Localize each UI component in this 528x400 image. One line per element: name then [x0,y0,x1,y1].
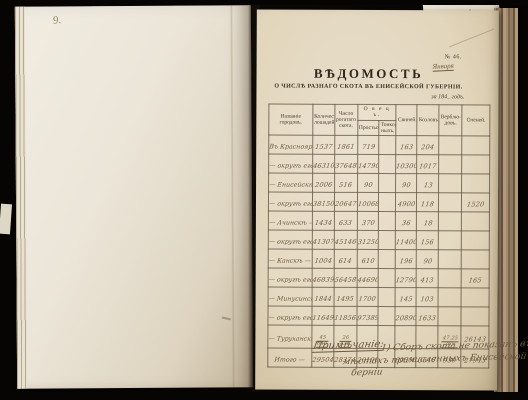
table-cell: 118 [417,193,439,212]
table-row: — Минусинскѣ —184414951700145103 [268,287,489,307]
document-number: № 46. [445,54,462,60]
table-cell: 13 [417,174,439,193]
document-title: ВѢДОМОСТЬ [257,65,481,82]
note-word: Примѣчаніе: [312,339,385,353]
page-crease [230,5,235,387]
year-line: за 184_ годъ. [256,93,464,100]
table-cell: 516 [334,174,357,193]
row-label: — округѣ его — [268,230,312,249]
table-cell: 56458 [334,269,357,288]
note-line: берніи [350,367,383,378]
table-cell: 370 [357,212,379,231]
table-cell: 46310 [312,154,334,173]
table-cell: 165 [461,269,489,288]
table-cell [439,136,462,155]
table-cell [438,288,461,307]
row-label: — Минусинскѣ — [268,287,312,306]
table-cell: 44690 [357,269,379,288]
paper-sliver [0,204,12,235]
table-cell [462,212,490,231]
header-camels: Верблю- довъ. [439,105,462,136]
table-row: Въ Красноярскѣ —15371861719163204 [269,135,490,155]
table-cell: 719 [357,136,379,155]
table-cell [379,250,396,269]
table-row: — округѣ его —41307451463125011400156 [268,230,489,250]
table-cell [379,174,396,193]
livestock-table: Названіе городовъ. Количество лошадей. Ч… [267,104,490,369]
table-cell [461,288,489,307]
table-cell: 1520 [462,193,490,212]
pencil-tick [222,317,231,321]
table-row: — Канскѣ —100461461019690 [268,249,489,269]
table-cell [379,231,396,250]
table-cell [462,174,490,193]
header-sheep-fine: Тонкорун. ныхъ. [379,120,396,136]
row-label: Итого — [268,348,312,367]
table-cell: 18 [417,212,439,231]
row-label: — округѣ его — [268,268,312,287]
pencil-mark: 9. [52,14,62,27]
table-cell: 1537 [312,135,334,154]
table-cell: 1434 [312,211,334,230]
header-cattle: Число рогатаго скота. [334,104,357,135]
table-cell: 413 [417,269,439,288]
table-cell [439,231,462,250]
table-cell: 1633 [416,307,438,326]
table-cell [462,231,490,250]
header-deer: Оленей. [462,105,490,136]
table-cell: 610 [357,250,379,269]
row-label: — Енисейскѣ — [269,173,313,192]
table-cell [379,136,396,155]
row-label: Въ Красноярскѣ — [269,135,313,154]
page-edge-lines [15,7,27,389]
header-goats: Козловъ. [417,105,439,136]
table-cell: 90 [357,174,379,193]
table-cell: 1844 [312,287,334,306]
table-cell: 45146 [334,231,357,250]
table-body: Въ Красноярскѣ —15371861719163204— округ… [268,135,490,368]
row-label: — Канскѣ — [268,249,312,268]
table-cell [379,155,396,174]
row-label: — округѣ его — [268,306,312,325]
table-cell: 118565 [334,307,357,326]
table-cell: 10068 [357,193,379,212]
table-cell: 46839 [312,268,334,287]
document-subtitle: О ЧИСЛѢ РАЗНАГО СКОТА ВЪ ЕНИСЕЙСКОЙ ГУБЕ… [256,83,480,90]
header-sheep-plain: Простыхъ. [357,120,379,136]
table-cell: 156 [417,231,439,250]
table-row: — округѣ его —46839564584469012790413165 [268,268,489,288]
table-cell: 1700 [357,288,379,307]
photo-of-archival-book: 9. 44. 147 № 46. Января ВѢДОМОСТЬ О ЧИСЛ… [0,0,528,400]
backdrop-edge [0,0,528,5]
table-cell: 97389 [357,307,379,326]
row-label: — округѣ его — [269,154,313,173]
table-cell: 1004 [312,249,334,268]
table-cell: 31250 [357,231,379,250]
table-cell [379,212,396,231]
table-cell: 633 [334,212,357,231]
table-cell [439,174,462,193]
table-cell: 103 [417,288,439,307]
table-cell [379,269,396,288]
header-sheep-group: О в е ц ъ. [357,104,396,120]
table-row: — Енисейскѣ —2006516909013 [269,173,490,193]
table-cell [379,288,396,307]
table-cell: 20647 [334,193,357,212]
table-header: Названіе городовъ. Количество лошадей. Ч… [269,104,490,136]
table-cell: 204 [417,136,439,155]
right-page: № 46. Января ВѢДОМОСТЬ О ЧИСЛѢ РАЗНАГО С… [255,9,499,390]
table-cell: 38150 [312,192,334,211]
header-horses: Количество лошадей. [313,104,335,135]
table-cell [439,250,462,269]
table-cell: 20890 [395,307,416,326]
table-cell [461,307,489,326]
table-cell: 90 [417,250,439,269]
left-page: 9. [15,5,253,388]
table-row: — округѣ его —463103764814790103001017 [269,154,490,174]
table-cell [378,307,395,326]
table-cell: 163 [396,136,417,155]
table-row: — Ачинскѣ —14346333703618 [268,211,489,231]
table-cell: 614 [334,250,357,269]
header-place: Названіе городовъ. [269,104,313,135]
table-cell: 37648 [334,155,357,174]
table-cell [379,193,396,212]
table-cell: 196 [396,250,417,269]
table-cell: 1495 [334,288,357,307]
row-label: — Туруханскомъ краѣ [268,325,312,348]
table-cell: 1861 [334,136,357,155]
table-cell [438,307,461,326]
table-cell: 36 [396,212,417,231]
table-cell: 145 [396,288,417,307]
table-cell: 1017 [417,155,439,174]
header-pigs: Свиней. [396,105,417,136]
table-row: — округѣ его —38150206471006849001181520 [268,192,489,212]
table-cell [438,269,461,288]
table-cell [462,155,490,174]
table-cell [462,136,490,155]
table-cell [439,155,462,174]
table-row: — округѣ его —11649811856597389208901633 [268,306,489,326]
table-cell [462,250,490,269]
table-cell: 90 [396,174,417,193]
table-cell: 4900 [396,193,417,212]
table-cell: 12790 [396,269,417,288]
corner-fold-line [439,4,494,47]
backdrop-edge [0,392,528,400]
row-label: — Ачинскѣ — [268,211,312,230]
table-cell: 116498 [312,306,334,325]
table-cell: 14790 [357,155,379,174]
table-cell [439,212,462,231]
row-label: — округѣ его — [268,192,312,211]
table-cell [439,193,462,212]
table-cell: 2006 [312,173,334,192]
table-cell: 41307 [312,230,334,249]
table-cell: 10300 [396,155,417,174]
table-cell: 11400 [396,231,417,250]
